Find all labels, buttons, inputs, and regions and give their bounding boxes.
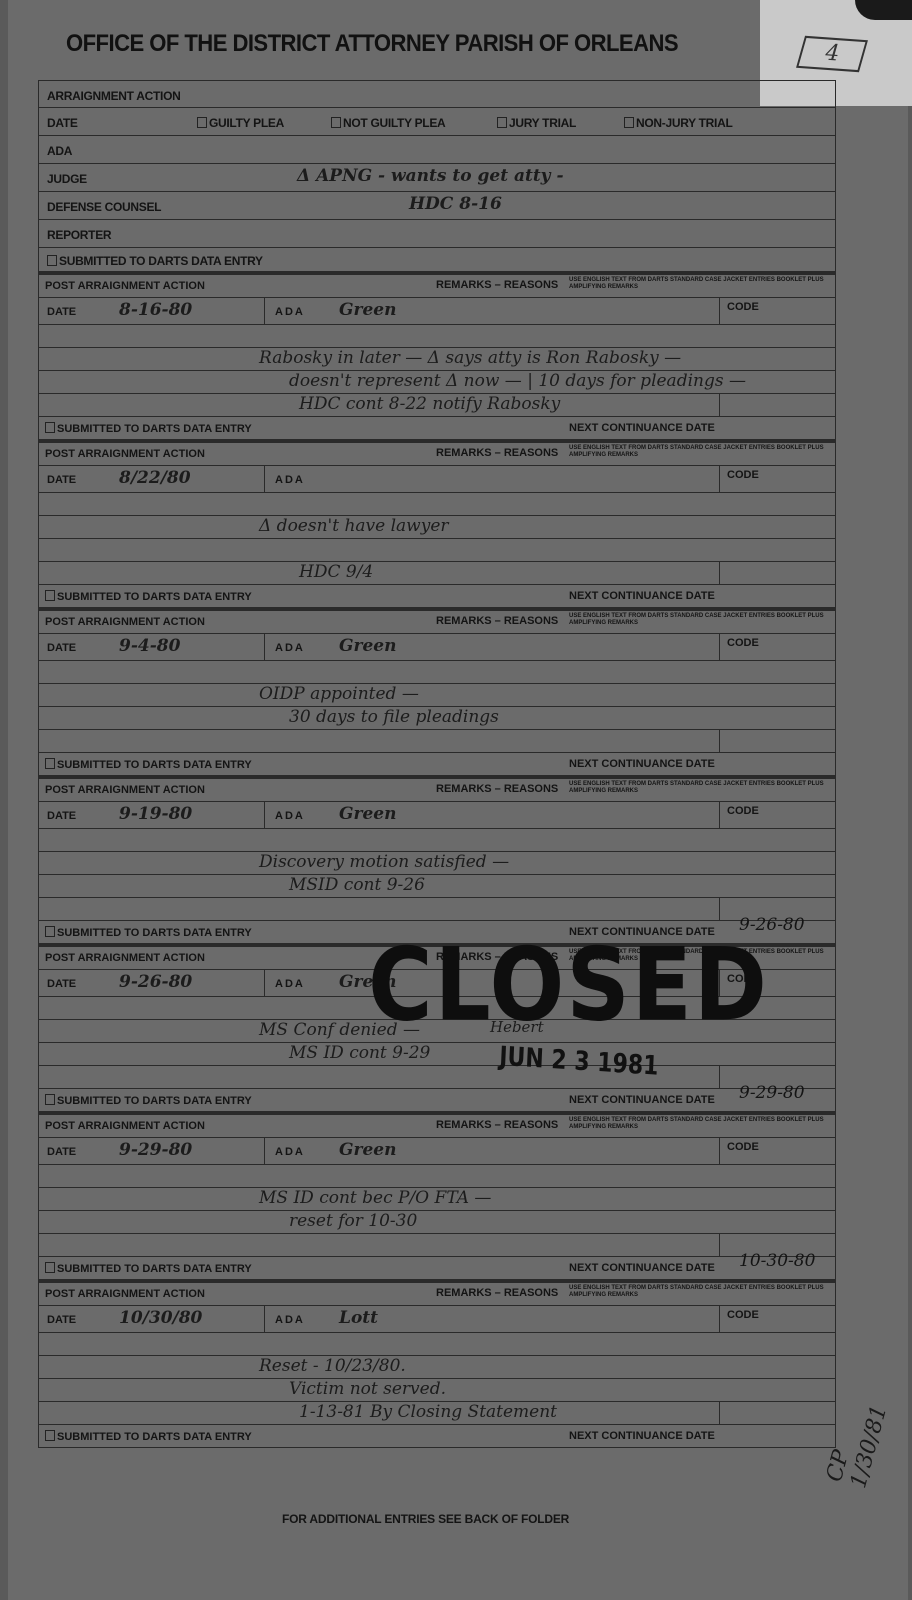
reporter-label: REPORTER (47, 228, 111, 242)
submitted-checkbox[interactable]: SUBMITTED TO DARTS DATA ENTRY (45, 1430, 252, 1443)
submitted-checkbox[interactable]: SUBMITTED TO DARTS DATA ENTRY (45, 590, 252, 603)
remarks-line: Reset - 10/23/80. (38, 1356, 836, 1379)
entry-date: 8/22/80 (119, 468, 191, 488)
next-continuance-label: NEXT CONTINUANCE DATE (569, 590, 715, 602)
remarks-line (38, 493, 836, 516)
defense-counsel-row: DEFENSE COUNSEL HDC 8-16 (38, 192, 836, 220)
remarks-line: MSID cont 9-26 (38, 875, 836, 898)
date-label: DATE (47, 116, 78, 130)
remarks-line (38, 1333, 836, 1356)
next-continuance-label: NEXT CONTINUANCE DATE (569, 1094, 715, 1106)
remarks-line: Rabosky in later — Δ says atty is Ron Ra… (38, 348, 836, 371)
code-label: CODE (727, 805, 759, 817)
date-label: DATE (47, 978, 76, 990)
entry-submitted-row: SUBMITTED TO DARTS DATA ENTRY NEXT CONTI… (38, 1089, 836, 1112)
judge-note: Δ APNG - wants to get atty - (297, 166, 564, 186)
entry-date: 9-19-80 (119, 804, 192, 824)
footer-note: FOR ADDITIONAL ENTRIES SEE BACK OF FOLDE… (282, 1512, 569, 1526)
entry-submitted-row: SUBMITTED TO DARTS DATA ENTRY NEXT CONTI… (38, 1425, 836, 1448)
code-label: CODE (727, 1309, 759, 1321)
defense-counsel-label: DEFENSE COUNSEL (47, 200, 161, 214)
jury-trial-checkbox[interactable]: JURY TRIAL (497, 116, 576, 130)
next-continuance-date: 9-29-80 (739, 1083, 805, 1103)
post-arraignment-entry: POST ARRAIGNMENT ACTION REMARKS – REASON… (38, 440, 836, 608)
post-arraignment-header: POST ARRAIGNMENT ACTION REMARKS – REASON… (38, 272, 836, 298)
remarks-line (38, 898, 836, 921)
code-label: CODE (727, 301, 759, 313)
date-label: DATE (47, 642, 76, 654)
remarks-line (38, 661, 836, 684)
entry-ada: Green (339, 1140, 396, 1160)
remarks-label: REMARKS – REASONS (436, 783, 558, 795)
entry-ada: Green (339, 636, 396, 656)
ada-label: ADA (275, 1146, 305, 1158)
arraignment-date-row: DATE GUILTY PLEA NOT GUILTY PLEA JURY TR… (38, 108, 836, 136)
entry-ada: Green (339, 804, 396, 824)
next-continuance-label: NEXT CONTINUANCE DATE (569, 422, 715, 434)
entry-date-row: DATE 10/30/80 ADA Lott CODE (38, 1306, 836, 1333)
arraignment-ada-row: ADA (38, 136, 836, 164)
arraignment-label: ARRAIGNMENT ACTION (47, 89, 180, 103)
post-arraignment-label: POST ARRAIGNMENT ACTION (45, 616, 205, 628)
post-arraignment-label: POST ARRAIGNMENT ACTION (45, 448, 205, 460)
entry-date: 9-4-80 (119, 636, 180, 656)
submitted-checkbox[interactable]: SUBMITTED TO DARTS DATA ENTRY (45, 926, 252, 939)
ada-label: ADA (275, 978, 305, 990)
remarks-label: REMARKS – REASONS (436, 447, 558, 459)
entry-date-row: DATE 8/22/80 ADA CODE (38, 466, 836, 493)
remarks-line: OIDP appointed — (38, 684, 836, 707)
entry-date: 9-29-80 (119, 1140, 192, 1160)
entry-ada: Lott (339, 1308, 378, 1328)
remarks-line (38, 1234, 836, 1257)
next-continuance-date: 10-30-80 (739, 1251, 815, 1271)
entry-date: 8-16-80 (119, 300, 192, 320)
remarks-line (38, 539, 836, 562)
post-arraignment-label: POST ARRAIGNMENT ACTION (45, 280, 205, 292)
judge-row: JUDGE Δ APNG - wants to get atty - (38, 164, 836, 192)
submitted-checkbox[interactable]: SUBMITTED TO DARTS DATA ENTRY (45, 1094, 252, 1107)
remarks-line (38, 1066, 836, 1089)
folder-edge (855, 0, 912, 20)
post-arraignment-label: POST ARRAIGNMENT ACTION (45, 1120, 205, 1132)
date-label: DATE (47, 474, 76, 486)
post-arraignment-label: POST ARRAIGNMENT ACTION (45, 784, 205, 796)
entry-date-row: DATE 9-19-80 ADA Green CODE (38, 802, 836, 829)
post-arraignment-header: POST ARRAIGNMENT ACTION REMARKS – REASON… (38, 1280, 836, 1306)
remarks-line (38, 1165, 836, 1188)
entry-date-row: DATE 8-16-80 ADA Green CODE (38, 298, 836, 325)
closed-stamp: CLOSED (368, 925, 769, 1043)
post-arraignment-header: POST ARRAIGNMENT ACTION REMARKS – REASON… (38, 608, 836, 634)
ada-label: ADA (275, 642, 305, 654)
remarks-line: doesn't represent Δ now — | 10 days for … (38, 371, 836, 394)
ada-label: ADA (275, 306, 305, 318)
date-label: DATE (47, 1314, 76, 1326)
case-form: ARRAIGNMENT ACTION DATE GUILTY PLEA NOT … (38, 80, 836, 1448)
entry-submitted-row: SUBMITTED TO DARTS DATA ENTRY NEXT CONTI… (38, 753, 836, 776)
code-label: CODE (727, 1141, 759, 1153)
ada-label: ADA (275, 1314, 305, 1326)
remarks-line: MS ID cont bec P/O FTA — (38, 1188, 836, 1211)
ada-label: ADA (275, 474, 305, 486)
post-arraignment-entry: POST ARRAIGNMENT ACTION REMARKS – REASON… (38, 776, 836, 944)
submitted-checkbox[interactable]: SUBMITTED TO DARTS DATA ENTRY (45, 758, 252, 771)
reporter-row: REPORTER (38, 220, 836, 248)
entry-submitted-row: SUBMITTED TO DARTS DATA ENTRY NEXT CONTI… (38, 585, 836, 608)
date-label: DATE (47, 306, 76, 318)
guilty-plea-checkbox[interactable]: GUILTY PLEA (197, 116, 284, 130)
post-arraignment-label: POST ARRAIGNMENT ACTION (45, 952, 205, 964)
post-arraignment-entry: POST ARRAIGNMENT ACTION REMARKS – REASON… (38, 1112, 836, 1280)
remarks-line: 30 days to file pleadings (38, 707, 836, 730)
remarks-line: reset for 10-30 (38, 1211, 836, 1234)
post-arraignment-header: POST ARRAIGNMENT ACTION REMARKS – REASON… (38, 776, 836, 802)
entry-date: 9-26-80 (119, 972, 192, 992)
date-label: DATE (47, 810, 76, 822)
arraignment-submitted-row: SUBMITTED TO DARTS DATA ENTRY (38, 248, 836, 272)
code-label: CODE (727, 637, 759, 649)
entry-date: 10/30/80 (119, 1308, 202, 1328)
remarks-line: Δ doesn't have lawyer (38, 516, 836, 539)
remarks-line: Victim not served. (38, 1379, 836, 1402)
date-label: DATE (47, 1146, 76, 1158)
defense-counsel-note: HDC 8-16 (409, 194, 502, 214)
remarks-line: MS ID cont 9-29 (38, 1043, 836, 1066)
ada-label: ADA (47, 144, 72, 158)
post-arraignment-label: POST ARRAIGNMENT ACTION (45, 1288, 205, 1300)
remarks-line: HDC 9/4 (38, 562, 836, 585)
remarks-instructions: USE ENGLISH TEXT FROM DARTS STANDARD CAS… (569, 1117, 829, 1131)
remarks-label: REMARKS – REASONS (436, 1287, 558, 1299)
submitted-checkbox[interactable]: SUBMITTED TO DARTS DATA ENTRY (45, 422, 252, 435)
post-arraignment-header: POST ARRAIGNMENT ACTION REMARKS – REASON… (38, 1112, 836, 1138)
ada-label: ADA (275, 810, 305, 822)
entry-submitted-row: SUBMITTED TO DARTS DATA ENTRY NEXT CONTI… (38, 417, 836, 440)
remarks-label: REMARKS – REASONS (436, 279, 558, 291)
entry-submitted-row: SUBMITTED TO DARTS DATA ENTRY NEXT CONTI… (38, 1257, 836, 1280)
remarks-line (38, 325, 836, 348)
entry-ada: Green (339, 300, 396, 320)
remarks-label: REMARKS – REASONS (436, 615, 558, 627)
arraignment-header-row: ARRAIGNMENT ACTION (38, 80, 836, 108)
folder-number: 4 (796, 36, 868, 72)
page-title: OFFICE OF THE DISTRICT ATTORNEY PARISH O… (66, 30, 678, 58)
remarks-instructions: USE ENGLISH TEXT FROM DARTS STANDARD CAS… (569, 781, 829, 795)
remarks-instructions: USE ENGLISH TEXT FROM DARTS STANDARD CAS… (569, 277, 829, 291)
next-continuance-label: NEXT CONTINUANCE DATE (569, 1262, 715, 1274)
not-guilty-plea-checkbox[interactable]: NOT GUILTY PLEA (331, 116, 445, 130)
code-label: CODE (727, 469, 759, 481)
remarks-line: 1-13-81 By Closing Statement (38, 1402, 836, 1425)
non-jury-trial-checkbox[interactable]: NON-JURY TRIAL (624, 116, 732, 130)
remarks-instructions: USE ENGLISH TEXT FROM DARTS STANDARD CAS… (569, 445, 829, 459)
entry-date-row: DATE 9-29-80 ADA Green CODE (38, 1138, 836, 1165)
remarks-instructions: USE ENGLISH TEXT FROM DARTS STANDARD CAS… (569, 613, 829, 627)
remarks-instructions: USE ENGLISH TEXT FROM DARTS STANDARD CAS… (569, 1285, 829, 1299)
next-continuance-label: NEXT CONTINUANCE DATE (569, 758, 715, 770)
post-arraignment-header: POST ARRAIGNMENT ACTION REMARKS – REASON… (38, 440, 836, 466)
remarks-label: REMARKS – REASONS (436, 1119, 558, 1131)
submitted-checkbox[interactable]: SUBMITTED TO DARTS DATA ENTRY (47, 254, 263, 268)
next-continuance-label: NEXT CONTINUANCE DATE (569, 1430, 715, 1442)
submitted-checkbox[interactable]: SUBMITTED TO DARTS DATA ENTRY (45, 1262, 252, 1275)
remarks-line: HDC cont 8-22 notify Rabosky (38, 394, 836, 417)
post-arraignment-entry: POST ARRAIGNMENT ACTION REMARKS – REASON… (38, 608, 836, 776)
judge-label: JUDGE (47, 172, 87, 186)
post-arraignment-entry: POST ARRAIGNMENT ACTION REMARKS – REASON… (38, 272, 836, 440)
entry-date-row: DATE 9-4-80 ADA Green CODE (38, 634, 836, 661)
remarks-line (38, 730, 836, 753)
remarks-line (38, 829, 836, 852)
closing-signature: Hebert (490, 1018, 544, 1036)
remarks-line: Discovery motion satisfied — (38, 852, 836, 875)
post-arraignment-entry: POST ARRAIGNMENT ACTION REMARKS – REASON… (38, 1280, 836, 1448)
